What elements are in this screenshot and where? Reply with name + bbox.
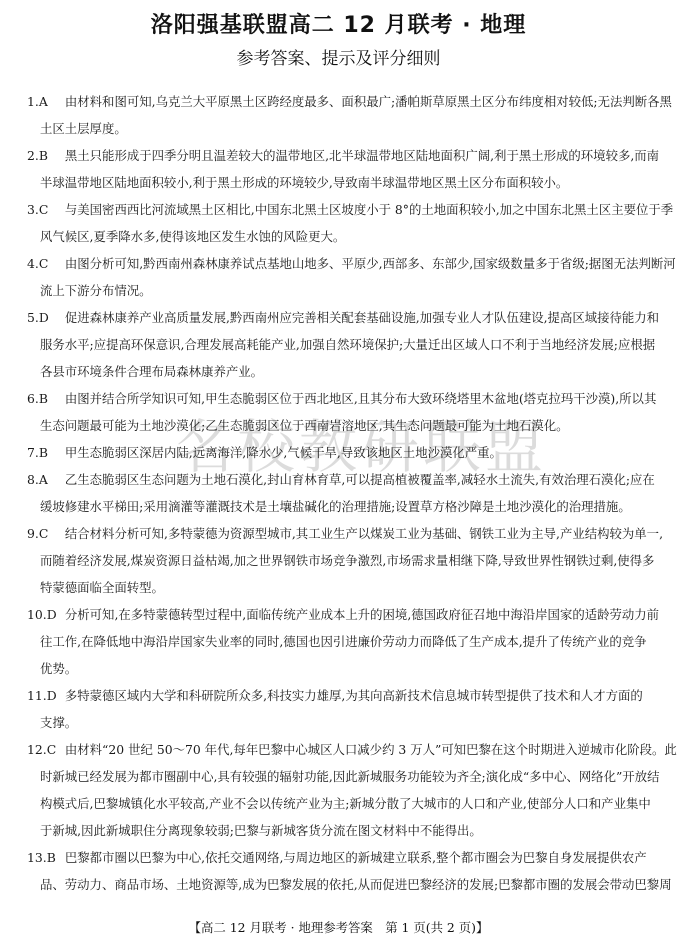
page-footer: 【高二 12 月联考 · 地理参考答案 第 1 页(共 2 页)】: [0, 918, 677, 936]
answer-number: 7.B: [27, 439, 57, 466]
answer-number: 11.D: [27, 682, 57, 709]
answer-choice: D: [47, 607, 57, 622]
answer-item: 1.A 由材料和图可知,乌克兰大平原黑土区跨经度最多、面积最广;潘帕斯草原黑土区…: [27, 88, 657, 142]
answer-continuation-line: 服务水平;应提高环保意识,合理发展高耗能产业,加强自然环境保护;大量迁出区域人口…: [27, 331, 657, 358]
answer-continuation-line: 时新城已经发展为都市圈副中心,具有较强的辐射功能,因此新城服务功能较为齐全;演化…: [27, 763, 657, 790]
answer-choice: C: [39, 202, 48, 217]
answer-item: 3.C 与美国密西西比河流域黑土区相比,中国东北黑土区坡度小于 8°的土地面积较…: [27, 196, 657, 250]
answer-text: 与美国密西西比河流域黑土区相比,中国东北黑土区坡度小于 8°的土地面积较小,加之…: [65, 202, 673, 217]
answer-text: 各县市环境条件合理布局森林康养产业。: [40, 364, 263, 379]
answer-text: 优势。: [40, 661, 77, 676]
answer-text: 生态问题最可能为土地沙漠化;乙生态脆弱区位于西南岩溶地区,其生态问题最可能为土地…: [40, 418, 569, 433]
answer-text: 黑土只能形成于四季分明且温差较大的温带地区,北半球温带地区陆地面积广阔,利于黑土…: [65, 148, 659, 163]
answer-text: 特蒙德面临全面转型。: [40, 580, 164, 595]
answer-choice: A: [39, 472, 48, 487]
answer-continuation-line: 支撑。: [27, 709, 657, 736]
answer-continuation-line: 缓坡修建水平梯田;采用滴灌等灌溉技术是土壤盐碱化的治理措施;设置草方格沙障是土地…: [27, 493, 657, 520]
answer-choice: B: [39, 445, 48, 460]
answer-text: 流上下游分布情况。: [40, 283, 152, 298]
answer-item: 5.D 促进森林康养产业高质量发展,黔西南州应完善相关配套基础设施,加强专业人才…: [27, 304, 657, 385]
answer-text: 土区土层厚度。: [40, 121, 127, 136]
answer-choice: B: [39, 148, 48, 163]
question-number: 4.: [27, 256, 39, 271]
answer-first-line: 10.D 分析可知,在多特蒙德转型过程中,面临传统产业成本上升的困境,德国政府征…: [27, 601, 657, 628]
answer-number: 12.C: [27, 736, 57, 763]
answer-number: 6.B: [27, 385, 57, 412]
answer-first-line: 3.C 与美国密西西比河流域黑土区相比,中国东北黑土区坡度小于 8°的土地面积较…: [27, 196, 657, 223]
answer-text: 乙生态脆弱区生态问题为土地石漠化,封山育林育草,可以提高植被覆盖率,减轻水土流失…: [65, 472, 655, 487]
answer-continuation-line: 品、劳动力、商品市场、土地资源等,成为巴黎发展的依托,从而促进巴黎经济的发展;巴…: [27, 871, 657, 898]
answer-continuation-line: 特蒙德面临全面转型。: [27, 574, 657, 601]
answer-text: 甲生态脆弱区深居内陆,远离海洋,降水少,气候干旱,导致该地区土地沙漠化严重。: [65, 445, 502, 460]
answer-item: 6.B 由图并结合所学知识可知,甲生态脆弱区位于西北地区,且其分布大致环绕塔里木…: [27, 385, 657, 439]
answer-choice: D: [39, 310, 49, 325]
answer-number: 8.A: [27, 466, 57, 493]
question-number: 7.: [27, 445, 39, 460]
question-number: 9.: [27, 526, 39, 541]
answer-first-line: 9.C 结合材料分析可知,多特蒙德为资源型城市,其工业生产以煤炭工业为基础、钢铁…: [27, 520, 657, 547]
question-number: 8.: [27, 472, 39, 487]
answer-continuation-line: 于新城,因此新城职住分离现象较弱;巴黎与新城客货分流在图文材料中不能得出。: [27, 817, 657, 844]
answer-choice: D: [47, 688, 57, 703]
answer-first-line: 4.C 由图分析可知,黔西南州森林康养试点基地山地多、平原少,西部多、东部少,国…: [27, 250, 657, 277]
answer-continuation-line: 而随着经济发展,煤炭资源日益枯竭,加之世界钢铁市场竞争激烈,市场需求量相继下降,…: [27, 547, 657, 574]
answer-number: 4.C: [27, 250, 57, 277]
answer-text: 于新城,因此新城职住分离现象较弱;巴黎与新城客货分流在图文材料中不能得出。: [40, 823, 482, 838]
answer-number: 5.D: [27, 304, 57, 331]
document-subtitle: 参考答案、提示及评分细则: [0, 44, 677, 69]
answer-continuation-line: 土区土层厚度。: [27, 115, 657, 142]
answer-number: 13.B: [27, 844, 57, 871]
answer-item: 7.B 甲生态脆弱区深居内陆,远离海洋,降水少,气候干旱,导致该地区土地沙漠化严…: [27, 439, 657, 466]
answer-text: 由图分析可知,黔西南州森林康养试点基地山地多、平原少,西部多、东部少,国家级数量…: [65, 256, 676, 271]
question-number: 2.: [27, 148, 39, 163]
answer-first-line: 7.B 甲生态脆弱区深居内陆,远离海洋,降水少,气候干旱,导致该地区土地沙漠化严…: [27, 439, 657, 466]
answer-first-line: 11.D 多特蒙德区域内大学和科研院所众多,科技实力雄厚,为其向高新技术信息城市…: [27, 682, 657, 709]
answer-text: 由材料“20 世纪 50～70 年代,每年巴黎中心城区人口减少约 3 万人”可知…: [65, 742, 677, 757]
question-number: 1.: [27, 94, 39, 109]
answer-text: 由材料和图可知,乌克兰大平原黑土区跨经度最多、面积最广;潘帕斯草原黑土区分布纬度…: [65, 94, 672, 109]
answer-text: 缓坡修建水平梯田;采用滴灌等灌溉技术是土壤盐碱化的治理措施;设置草方格沙障是土地…: [40, 499, 631, 514]
answer-text: 品、劳动力、商品市场、土地资源等,成为巴黎发展的依托,从而促进巴黎经济的发展;巴…: [40, 877, 672, 892]
question-number: 13.: [27, 850, 47, 865]
answer-continuation-line: 往工作,在降低地中海沿岸国家失业率的同时,德国也因引进廉价劳动力而降低了生产成本…: [27, 628, 657, 655]
answer-first-line: 8.A 乙生态脆弱区生态问题为土地石漠化,封山育林育草,可以提高植被覆盖率,减轻…: [27, 466, 657, 493]
answer-continuation-line: 构模式后,巴黎城镇化水平较高,产业不会以传统产业为主;新城分散了大城市的人口和产…: [27, 790, 657, 817]
answer-number: 10.D: [27, 601, 57, 628]
answer-text: 构模式后,巴黎城镇化水平较高,产业不会以传统产业为主;新城分散了大城市的人口和产…: [40, 796, 651, 811]
answer-item: 9.C 结合材料分析可知,多特蒙德为资源型城市,其工业生产以煤炭工业为基础、钢铁…: [27, 520, 657, 601]
answer-text: 分析可知,在多特蒙德转型过程中,面临传统产业成本上升的困境,德国政府征召地中海沿…: [65, 607, 659, 622]
answer-number: 1.A: [27, 88, 57, 115]
answer-item: 11.D 多特蒙德区域内大学和科研院所众多,科技实力雄厚,为其向高新技术信息城市…: [27, 682, 657, 736]
answer-item: 8.A 乙生态脆弱区生态问题为土地石漠化,封山育林育草,可以提高植被覆盖率,减轻…: [27, 466, 657, 520]
answer-continuation-line: 优势。: [27, 655, 657, 682]
answer-continuation-line: 各县市环境条件合理布局森林康养产业。: [27, 358, 657, 385]
answer-list: 1.A 由材料和图可知,乌克兰大平原黑土区跨经度最多、面积最广;潘帕斯草原黑土区…: [27, 88, 657, 898]
answer-item: 12.C 由材料“20 世纪 50～70 年代,每年巴黎中心城区人口减少约 3 …: [27, 736, 657, 844]
answer-continuation-line: 生态问题最可能为土地沙漠化;乙生态脆弱区位于西南岩溶地区,其生态问题最可能为土地…: [27, 412, 657, 439]
answer-text: 服务水平;应提高环保意识,合理发展高耗能产业,加强自然环境保护;大量迁出区域人口…: [40, 337, 655, 352]
answer-item: 2.B 黑土只能形成于四季分明且温差较大的温带地区,北半球温带地区陆地面积广阔,…: [27, 142, 657, 196]
answer-first-line: 6.B 由图并结合所学知识可知,甲生态脆弱区位于西北地区,且其分布大致环绕塔里木…: [27, 385, 657, 412]
answer-first-line: 2.B 黑土只能形成于四季分明且温差较大的温带地区,北半球温带地区陆地面积广阔,…: [27, 142, 657, 169]
answer-first-line: 5.D 促进森林康养产业高质量发展,黔西南州应完善相关配套基础设施,加强专业人才…: [27, 304, 657, 331]
answer-first-line: 13.B 巴黎都市圈以巴黎为中心,依托交通网络,与周边地区的新城建立联系,整个都…: [27, 844, 657, 871]
answer-text: 巴黎都市圈以巴黎为中心,依托交通网络,与周边地区的新城建立联系,整个都市圈会为巴…: [65, 850, 647, 865]
question-number: 10.: [27, 607, 47, 622]
answer-choice: B: [39, 391, 48, 406]
question-number: 5.: [27, 310, 39, 325]
answer-continuation-line: 半球温带地区陆地面积较小,利于黑土形成的环境较少,导致南半球温带地区黑土区分布面…: [27, 169, 657, 196]
answer-text: 支撑。: [40, 715, 77, 730]
document-title: 洛阳强基联盟高二 12 月联考 · 地理: [0, 8, 677, 39]
answer-number: 9.C: [27, 520, 57, 547]
answer-continuation-line: 风气候区,夏季降水多,使得该地区发生水蚀的风险更大。: [27, 223, 657, 250]
answer-item: 13.B 巴黎都市圈以巴黎为中心,依托交通网络,与周边地区的新城建立联系,整个都…: [27, 844, 657, 898]
question-number: 6.: [27, 391, 39, 406]
answer-choice: C: [39, 526, 48, 541]
question-number: 3.: [27, 202, 39, 217]
answer-choice: C: [47, 742, 56, 757]
answer-text: 由图并结合所学知识可知,甲生态脆弱区位于西北地区,且其分布大致环绕塔里木盆地(塔…: [65, 391, 656, 406]
answer-text: 风气候区,夏季降水多,使得该地区发生水蚀的风险更大。: [40, 229, 345, 244]
question-number: 12.: [27, 742, 47, 757]
answer-number: 3.C: [27, 196, 57, 223]
answer-text: 半球温带地区陆地面积较小,利于黑土形成的环境较少,导致南半球温带地区黑土区分布面…: [40, 175, 568, 190]
answer-choice: B: [47, 850, 56, 865]
answer-item: 10.D 分析可知,在多特蒙德转型过程中,面临传统产业成本上升的困境,德国政府征…: [27, 601, 657, 682]
answer-first-line: 1.A 由材料和图可知,乌克兰大平原黑土区跨经度最多、面积最广;潘帕斯草原黑土区…: [27, 88, 657, 115]
answer-text: 往工作,在降低地中海沿岸国家失业率的同时,德国也因引进廉价劳动力而降低了生产成本…: [40, 634, 647, 649]
answer-text: 结合材料分析可知,多特蒙德为资源型城市,其工业生产以煤炭工业为基础、钢铁工业为主…: [65, 526, 663, 541]
question-number: 11.: [27, 688, 47, 703]
answer-text: 多特蒙德区域内大学和科研院所众多,科技实力雄厚,为其向高新技术信息城市转型提供了…: [65, 688, 643, 703]
answer-text: 而随着经济发展,煤炭资源日益枯竭,加之世界钢铁市场竞争激烈,市场需求量相继下降,…: [40, 553, 654, 568]
answer-choice: C: [39, 256, 48, 271]
answer-number: 2.B: [27, 142, 57, 169]
answer-choice: A: [39, 94, 48, 109]
answer-text: 时新城已经发展为都市圈副中心,具有较强的辐射功能,因此新城服务功能较为齐全;演化…: [40, 769, 659, 784]
answer-continuation-line: 流上下游分布情况。: [27, 277, 657, 304]
answer-text: 促进森林康养产业高质量发展,黔西南州应完善相关配套基础设施,加强专业人才队伍建设…: [65, 310, 659, 325]
answer-item: 4.C 由图分析可知,黔西南州森林康养试点基地山地多、平原少,西部多、东部少,国…: [27, 250, 657, 304]
answer-first-line: 12.C 由材料“20 世纪 50～70 年代,每年巴黎中心城区人口减少约 3 …: [27, 736, 657, 763]
